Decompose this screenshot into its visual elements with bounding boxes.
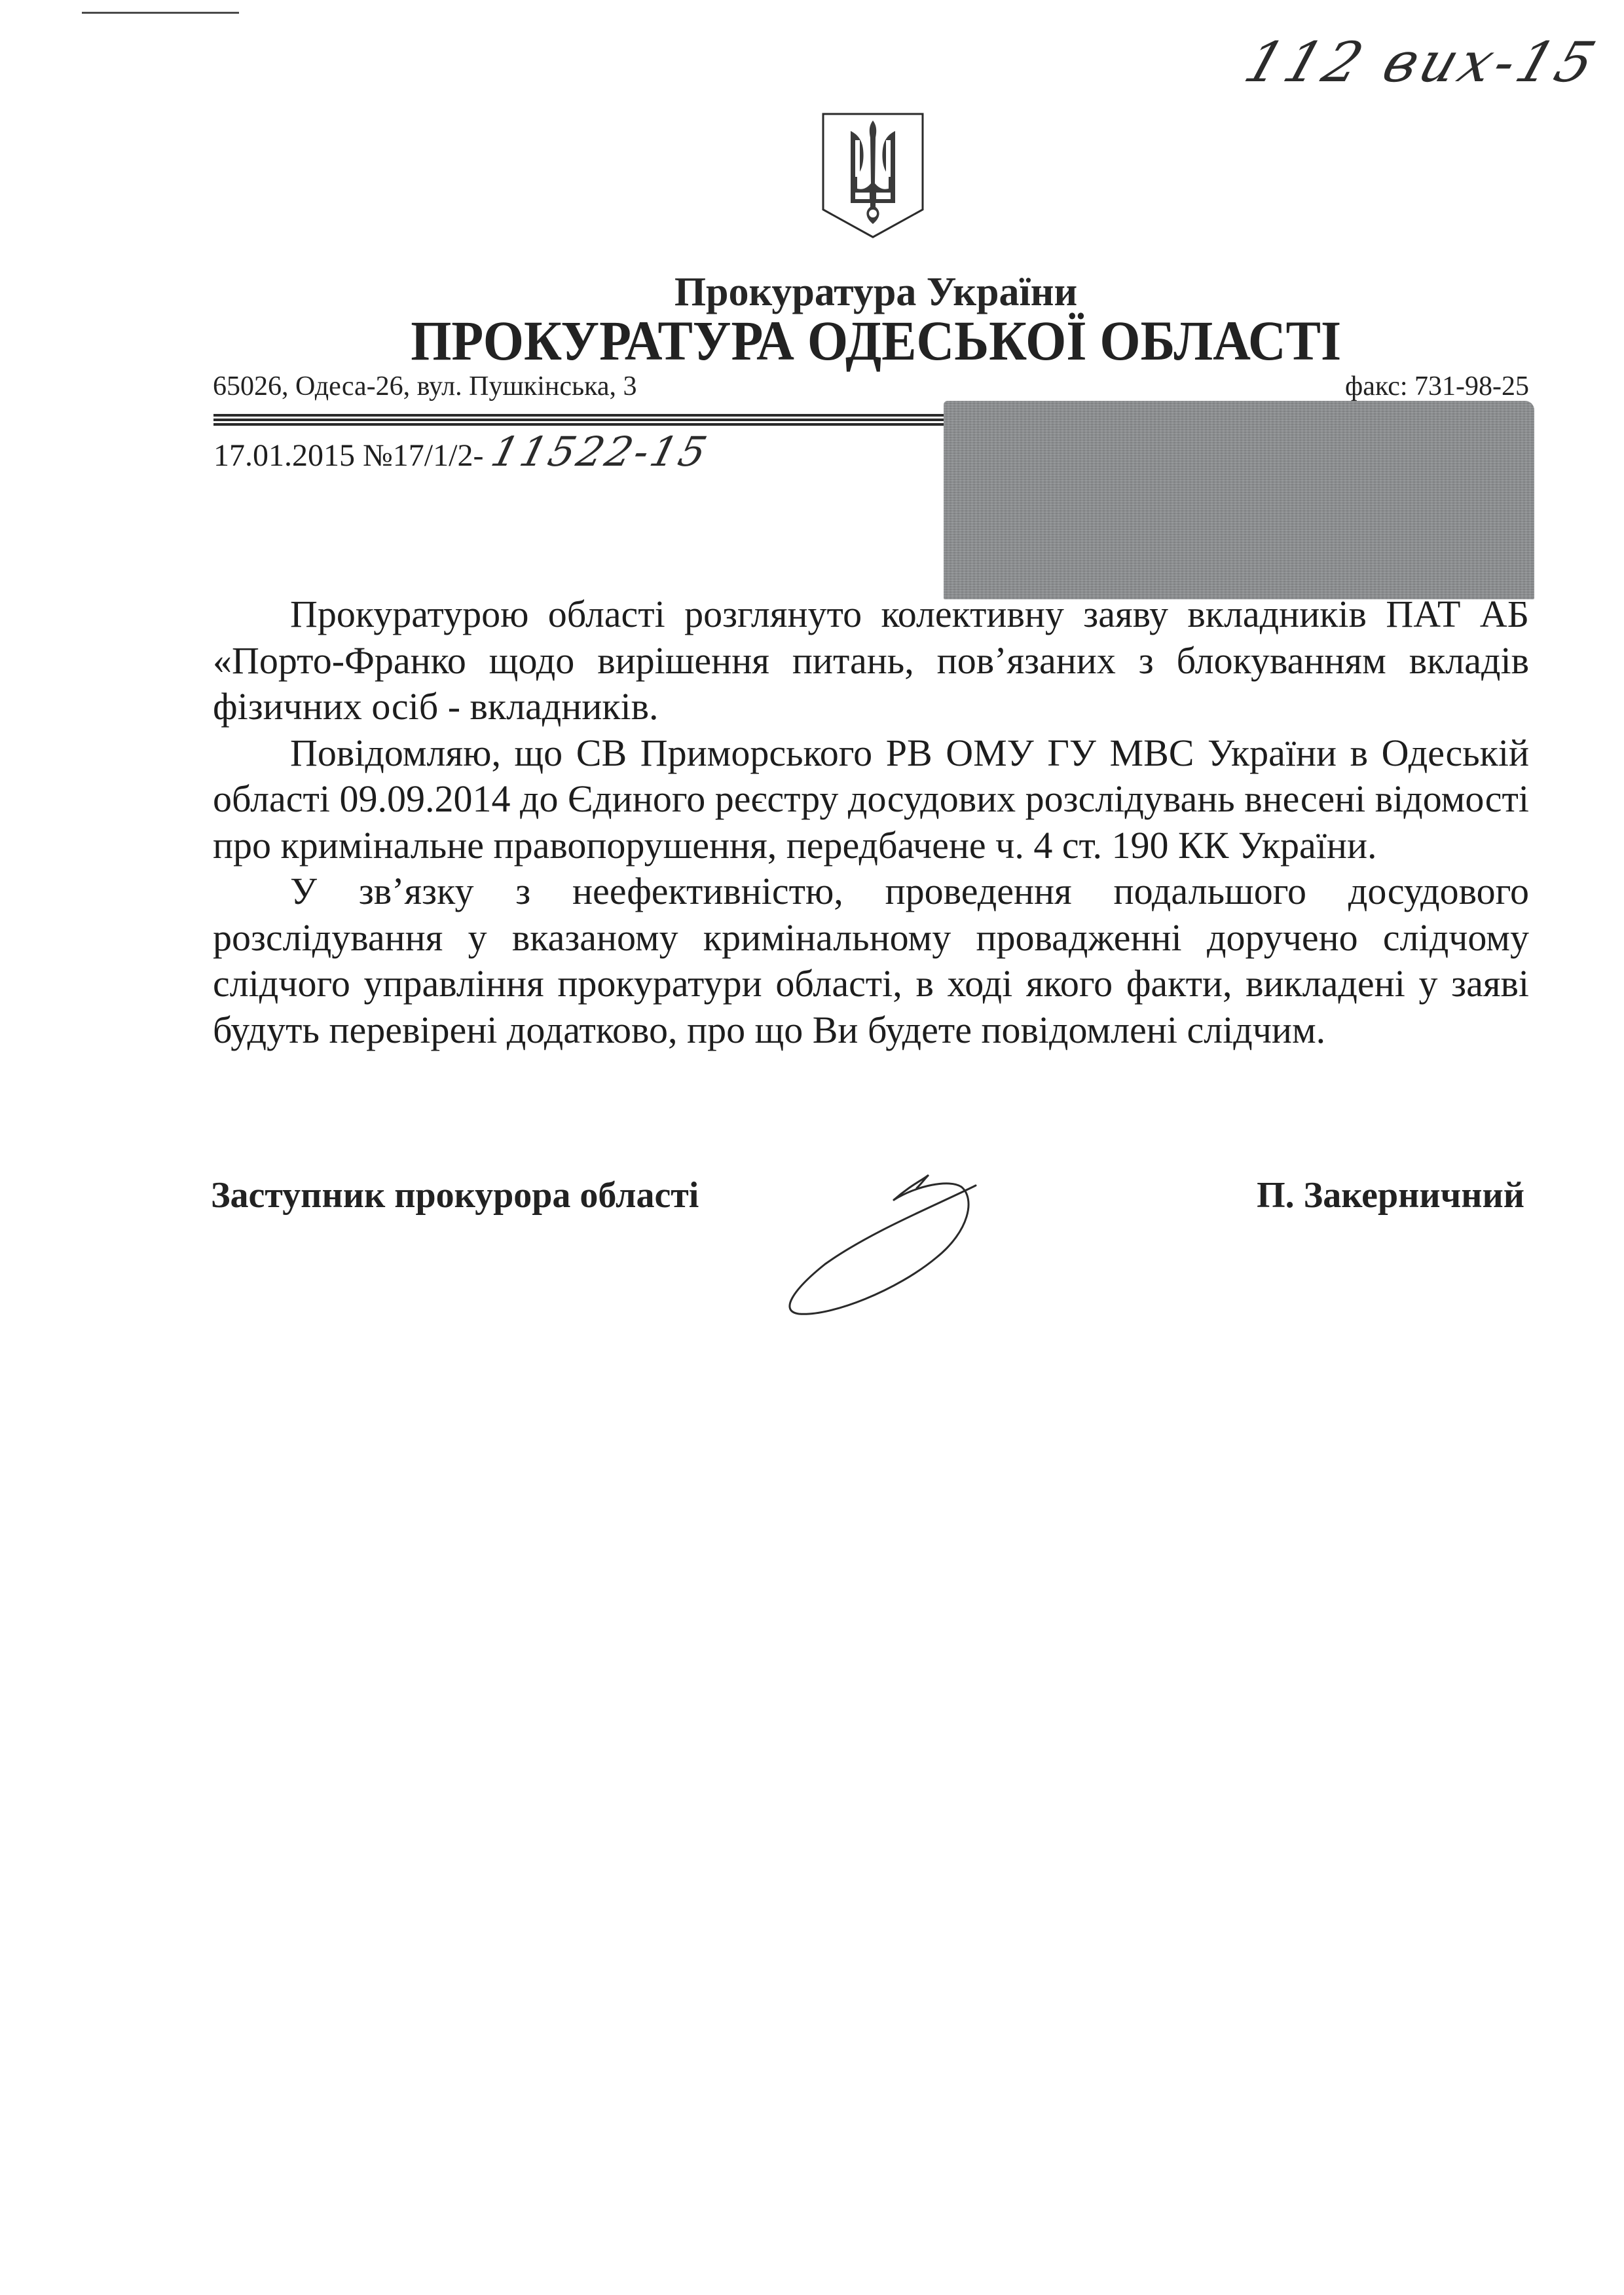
scan-edge-line (82, 12, 239, 14)
body-paragraph: Прокуратурою області розглянуто колектив… (213, 591, 1529, 730)
letter-body: Прокуратурою області розглянуто колектив… (213, 591, 1529, 1053)
signatory-position: Заступник прокурора області (211, 1172, 699, 1218)
signatory-name: П. Закерничний (1257, 1172, 1524, 1218)
handwritten-signature (753, 1159, 1198, 1316)
handwritten-outgoing-number: 112 вих-15 (1236, 26, 1560, 98)
reference-date-number: 17.01.2015 №17/1/2- (213, 438, 483, 473)
body-paragraph: Повідомляю, що СВ Приморського РВ ОМУ ГУ… (213, 730, 1529, 869)
header-divider (213, 414, 944, 427)
organization-name: ПРОКУРАТУРА ОДЕСЬКОЇ ОБЛАСТІ (62, 309, 1572, 372)
coat-of-arms-icon (821, 111, 925, 240)
handwritten-reference-number: 11522-15 (488, 432, 713, 472)
fax-number: факс: 731-98-25 (1345, 367, 1529, 406)
redacted-recipient-block (944, 401, 1534, 599)
reference-line: 17.01.2015 №17/1/2-11522-15 (213, 432, 709, 476)
address: 65026, Одеса-26, вул. Пушкінська, 3 (213, 367, 637, 406)
body-paragraph: У зв’язку з неефективністю, проведення п… (213, 868, 1529, 1053)
